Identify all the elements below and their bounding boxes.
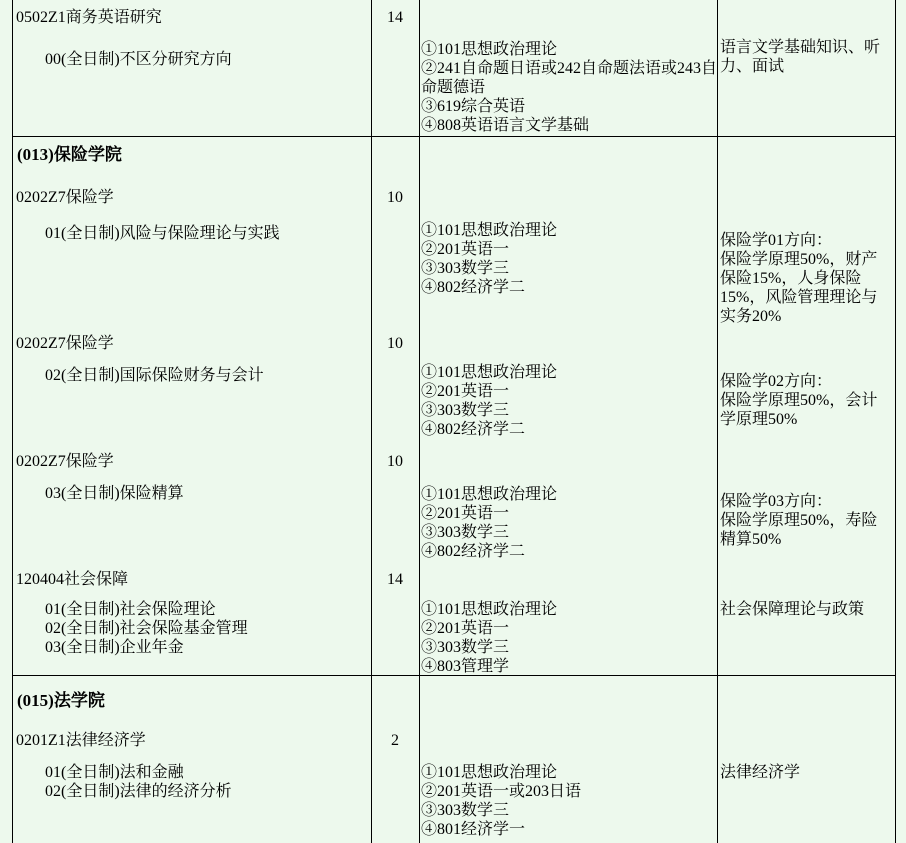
exam-subject-line: ③303数学三 [421, 401, 719, 420]
exam-subject-line: ④802经济学二 [421, 278, 719, 297]
remark-block: 社会保障理论与政策 [720, 600, 892, 619]
exam-subjects-list: ①101思想政治理论 ②201英语一 ③303数学三 ④803管理学 [421, 600, 719, 676]
exam-subject-line: ④802经济学二 [421, 420, 719, 439]
research-direction: 02(全日制)法律的经济分析 [45, 782, 232, 801]
remark-line: 保险学01方向： [720, 231, 892, 250]
research-direction: 01(全日制)法和金融 [45, 763, 232, 782]
exam-subject-line: ④808英语语言文学基础 [421, 116, 719, 135]
exam-subject-line: ④803管理学 [421, 657, 719, 676]
exam-subjects-list: ①101思想政治理论 ②201英语一 ③303数学三 ④802经济学二 [421, 363, 719, 439]
research-direction: 02(全日制)社会保险基金管理 [45, 619, 248, 638]
exam-subject-line: ③303数学三 [421, 259, 719, 278]
exam-subject-line: ①101思想政治理论 [421, 40, 719, 59]
exam-subjects-list: ①101思想政治理论 ②201英语一 ③303数学三 ④802经济学二 [421, 221, 719, 297]
remark-block: 保险学03方向： 保险学原理50%，寿险精算50% [720, 492, 892, 549]
table-border-col-exam-left [419, 0, 420, 843]
program-code-title: 0502Z1商务英语研究 [16, 8, 162, 27]
exam-subject-line: ②201英语一 [421, 382, 719, 401]
admissions-catalog-page: 0502Z1商务英语研究 14 00(全日制)不区分研究方向 ①101思想政治理… [0, 0, 906, 843]
program-code-title: 0202Z7保险学 [16, 334, 114, 353]
research-direction: 03(全日制)企业年金 [45, 638, 248, 657]
exam-subjects-list: ①101思想政治理论 ②201英语一或203日语 ③303数学三 ④801经济学… [421, 763, 719, 839]
exam-subject-line: ①101思想政治理论 [421, 221, 719, 240]
exam-subject-line: ②241自命题日语或242自命题法语或243自命题德语 [421, 59, 719, 97]
program-quota: 14 [371, 8, 419, 27]
research-direction: 02(全日制)国际保险财务与会计 [45, 366, 264, 385]
remark-line: 保险学02方向： [720, 372, 892, 391]
remark-line: 保险学原理50%，财产保险15%，人身保险15%，风险管理理论与实务20% [720, 250, 892, 326]
exam-subject-line: ②201英语一 [421, 504, 719, 523]
remark-line: 法律经济学 [720, 763, 892, 782]
remark-line: 保险学原理50%，会计学原理50% [720, 391, 892, 429]
exam-subject-line: ①101思想政治理论 [421, 363, 719, 382]
program-code-title: 0201Z1法律经济学 [16, 731, 146, 750]
table-border-right [895, 0, 896, 843]
exam-subject-line: ①101思想政治理论 [421, 600, 719, 619]
program-code-title: 120404社会保障 [16, 570, 128, 589]
exam-subject-line: ②201英语一或203日语 [421, 782, 719, 801]
program-code-title: 0202Z7保险学 [16, 188, 114, 207]
remark-line: 保险学原理50%，寿险精算50% [720, 511, 892, 549]
remark-line: 社会保障理论与政策 [720, 600, 892, 619]
exam-subject-line: ①101思想政治理论 [421, 763, 719, 782]
research-direction: 00(全日制)不区分研究方向 [45, 50, 232, 69]
program-code-title: 0202Z7保险学 [16, 452, 114, 471]
remark-block: 语言文学基础知识、听力、面试 [720, 38, 892, 76]
program-quota: 2 [371, 731, 419, 750]
remark-block: 保险学01方向： 保险学原理50%，财产保险15%，人身保险15%，风险管理理论… [720, 231, 892, 326]
program-quota: 10 [371, 334, 419, 353]
exam-subject-line: ②201英语一 [421, 240, 719, 259]
program-quota: 10 [371, 452, 419, 471]
exam-subject-line: ②201英语一 [421, 619, 719, 638]
exam-subject-line: ③619综合英语 [421, 97, 719, 116]
remark-line: 保险学03方向： [720, 492, 892, 511]
exam-subjects-list: ①101思想政治理论 ②201英语一 ③303数学三 ④802经济学二 [421, 485, 719, 561]
research-direction: 01(全日制)社会保险理论 [45, 600, 248, 619]
exam-subject-line: ③303数学三 [421, 638, 719, 657]
remark-block: 保险学02方向： 保险学原理50%，会计学原理50% [720, 372, 892, 429]
exam-subject-line: ①101思想政治理论 [421, 485, 719, 504]
research-directions-list: 01(全日制)社会保险理论 02(全日制)社会保险基金管理 03(全日制)企业年… [45, 600, 248, 657]
exam-subject-line: ③303数学三 [421, 523, 719, 542]
research-direction: 01(全日制)风险与保险理论与实践 [45, 224, 280, 243]
program-quota: 14 [371, 570, 419, 589]
remark-block: 法律经济学 [720, 763, 892, 782]
table-border-left [12, 0, 13, 843]
exam-subject-line: ③303数学三 [421, 801, 719, 820]
table-border-col-quota-left [371, 0, 372, 843]
program-quota: 10 [371, 188, 419, 207]
exam-subject-line: ④801经济学一 [421, 820, 719, 839]
section-header: (015)法学院 [17, 691, 105, 710]
exam-subjects-list: ①101思想政治理论 ②241自命题日语或242自命题法语或243自命题德语 ③… [421, 40, 719, 135]
section-header: (013)保险学院 [17, 145, 122, 164]
remark-line: 语言文学基础知识、听力、面试 [720, 38, 892, 76]
research-directions-list: 01(全日制)法和金融 02(全日制)法律的经济分析 [45, 763, 232, 801]
table-row-divider-1 [12, 136, 896, 137]
research-direction: 03(全日制)保险精算 [45, 484, 184, 503]
exam-subject-line: ④802经济学二 [421, 542, 719, 561]
